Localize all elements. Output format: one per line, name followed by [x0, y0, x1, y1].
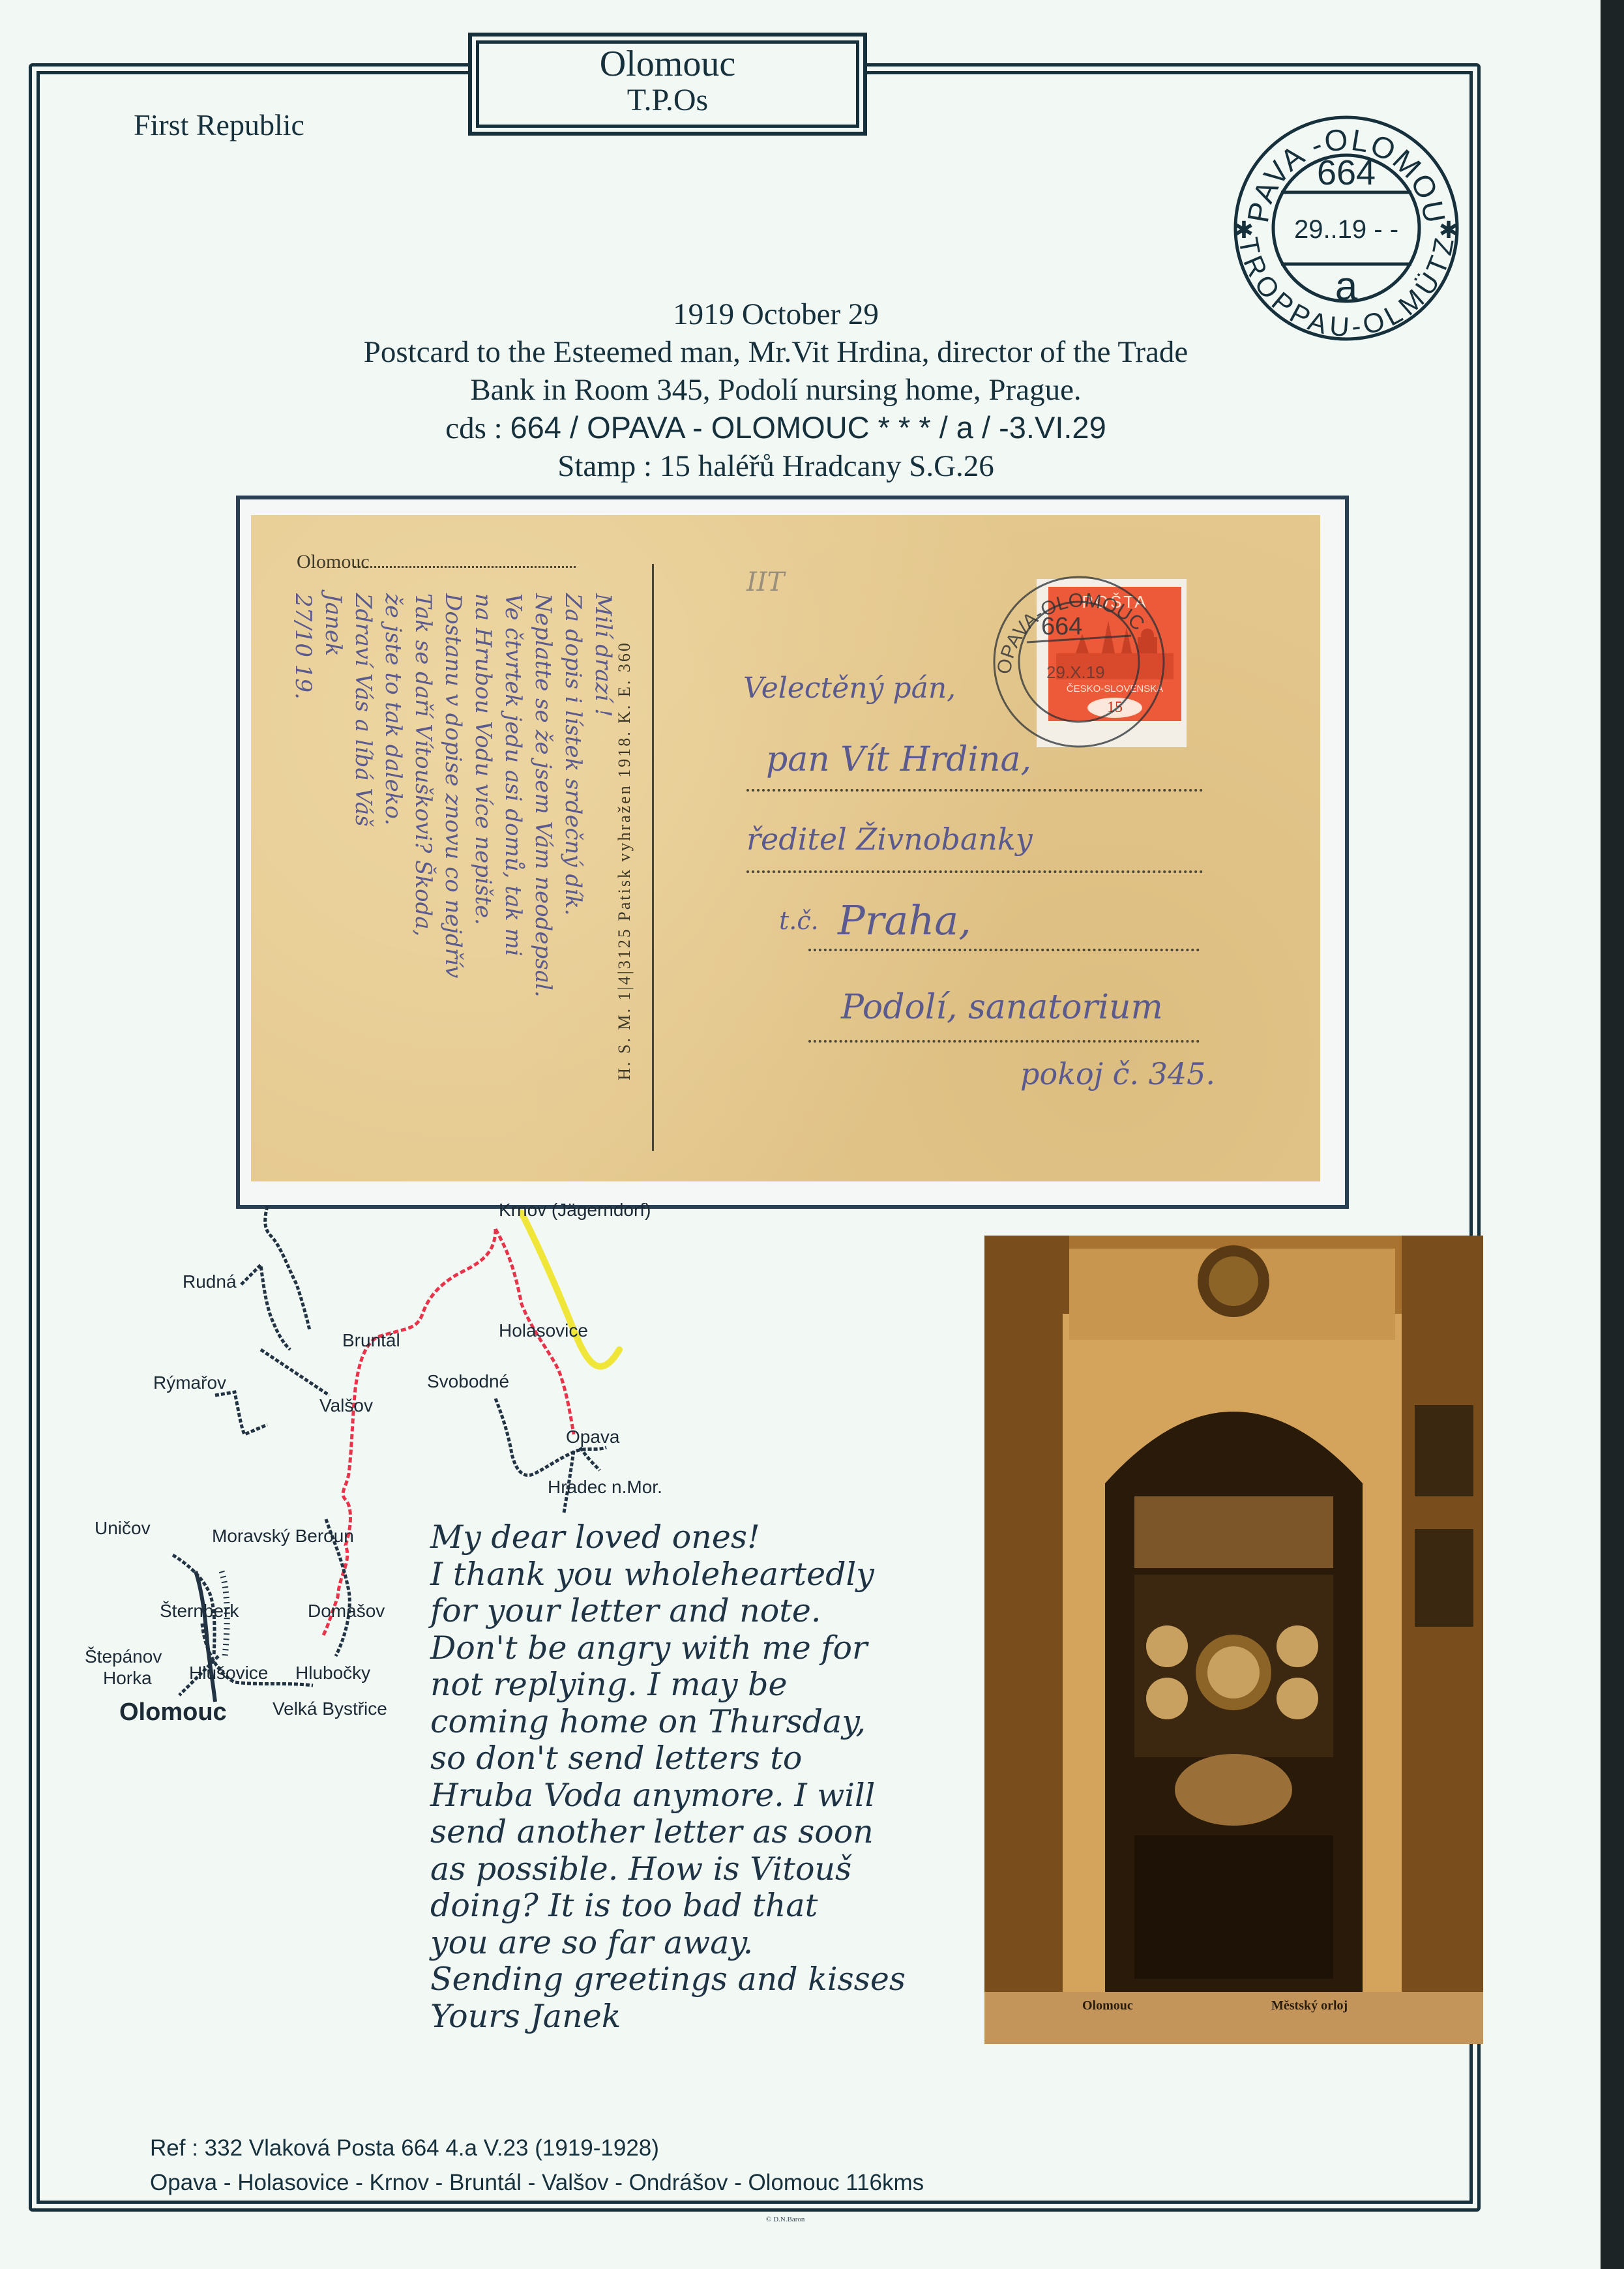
pencil-note: IIT	[746, 567, 784, 597]
map-station: Holasovice	[499, 1320, 588, 1341]
section-label: First Republic	[134, 108, 304, 142]
map-station: Hlušovice	[189, 1663, 268, 1683]
postcard-dotted-line	[354, 566, 576, 568]
description-line-2: Bank in Room 345, Podolí nursing home, P…	[248, 371, 1304, 409]
map-station-olomouc: Olomouc	[119, 1698, 227, 1727]
map-station: Rýmařov	[153, 1372, 226, 1393]
map-station: Horka	[103, 1668, 152, 1689]
handwritten-message: Milí drazí !Za dopis i lístek srdečný dí…	[277, 593, 629, 1154]
message-line: Dostanu v dopise znovu co nejdřív	[438, 593, 468, 1154]
map-station: Štepánov	[85, 1646, 162, 1667]
svg-text:664: 664	[1317, 153, 1376, 192]
message-line: Za dopis i lístek srdečný dík.	[558, 593, 588, 1154]
svg-text:29..19 - -: 29..19 - -	[1294, 215, 1398, 244]
map-station: Krnov (Jägerndorf)	[499, 1200, 651, 1221]
address-rule	[746, 870, 1203, 873]
picture-caption-right: Městský orloj	[1271, 1998, 1348, 2013]
address-rule	[808, 1040, 1200, 1043]
map-station: Moravský Beroun	[212, 1526, 354, 1547]
map-station: Hradec n.Mor.	[548, 1477, 662, 1498]
postcard: Olomouc H. S. M. 1|4|3125 Patisk vyhraže…	[251, 515, 1320, 1181]
picture-caption-left: Olomouc	[1082, 1998, 1133, 2013]
address-line-5: Podolí, sanatorium	[841, 988, 1163, 1027]
item-description: 1919 October 29 Postcard to the Esteemed…	[248, 295, 1304, 485]
map-station: Svobodné	[427, 1371, 509, 1392]
route-line: Opava - Holasovice - Krnov - Bruntál - V…	[150, 2170, 924, 2196]
astronomical-clock-picture: Olomouc Městský orloj	[984, 1236, 1483, 2044]
address-rule	[746, 789, 1203, 792]
address-line-1: Velectěný pán,	[743, 672, 956, 705]
map-station: Domašov	[308, 1601, 385, 1622]
svg-text:a: a	[1335, 264, 1358, 309]
scan-edge	[1601, 0, 1624, 2269]
letter-translation: My dear loved ones! I thank you wholehea…	[430, 1519, 978, 2035]
description-line-1: Postcard to the Esteemed man, Mr.Vit Hrd…	[248, 333, 1304, 371]
page-subtitle: T.P.Os	[472, 83, 863, 117]
message-line: Zdraví Vás a líbá Váš	[348, 593, 378, 1154]
postmark: OPAVA-OLOMOUC 664 29.X.19	[981, 564, 1177, 760]
message-line: 27/10 19.	[288, 593, 318, 1154]
page-title: Olomouc	[472, 44, 863, 83]
map-station: Opava	[566, 1427, 620, 1447]
message-line: Neplatte se že jsem Vám neodepsal.	[528, 593, 558, 1154]
address-rule	[808, 949, 1200, 951]
message-line: Ve čtvrtek jedu asi domů, tak mi	[498, 593, 528, 1154]
copyright: © D.N.Baron	[766, 2216, 805, 2223]
address-line-4: Praha,	[838, 897, 971, 944]
message-line: že jste to tak daleko.	[378, 593, 408, 1154]
map-station: Bruntál	[342, 1330, 400, 1351]
description-cds: cds : 664 / OPAVA - OLOMOUC * * * / a / …	[248, 409, 1304, 447]
address-line-3: ředitel Živnobanky	[746, 822, 1033, 857]
address-line-6: pokoj č. 345.	[1020, 1056, 1215, 1091]
postcard-divider	[652, 564, 654, 1151]
reference-line: Ref : 332 Vlaková Posta 664 4.a V.23 (19…	[150, 2135, 659, 2161]
message-line: na Hrubou Vodu více nepište.	[468, 593, 498, 1154]
map-station: Rudná	[183, 1271, 237, 1292]
title-box: Olomouc T.P.Os	[468, 33, 867, 136]
address-prefix: t.č.	[779, 906, 819, 935]
svg-text:✱: ✱	[1234, 217, 1254, 243]
map-station: Šternberk	[160, 1601, 239, 1622]
description-date: 1919 October 29	[248, 295, 1304, 333]
message-line: Janek	[318, 593, 348, 1154]
map-station: Uničov	[95, 1518, 151, 1539]
svg-text:664: 664	[1041, 613, 1082, 640]
description-stamp: Stamp : 15 haléřů Hradcany S.G.26	[248, 447, 1304, 485]
clock-tower-image	[984, 1236, 1483, 2044]
svg-text:29.X.19: 29.X.19	[1046, 662, 1105, 682]
message-line: Tak se daří Vítouškovi? Škoda,	[408, 593, 438, 1154]
map-station: Hlubočky	[295, 1663, 370, 1683]
postcard-printed-town: Olomouc	[297, 551, 370, 573]
svg-text:✱: ✱	[1439, 217, 1458, 243]
map-station: Velká Bystřice	[273, 1698, 387, 1719]
map-station: Valšov	[319, 1395, 373, 1416]
message-line: Milí drazí !	[588, 593, 618, 1154]
